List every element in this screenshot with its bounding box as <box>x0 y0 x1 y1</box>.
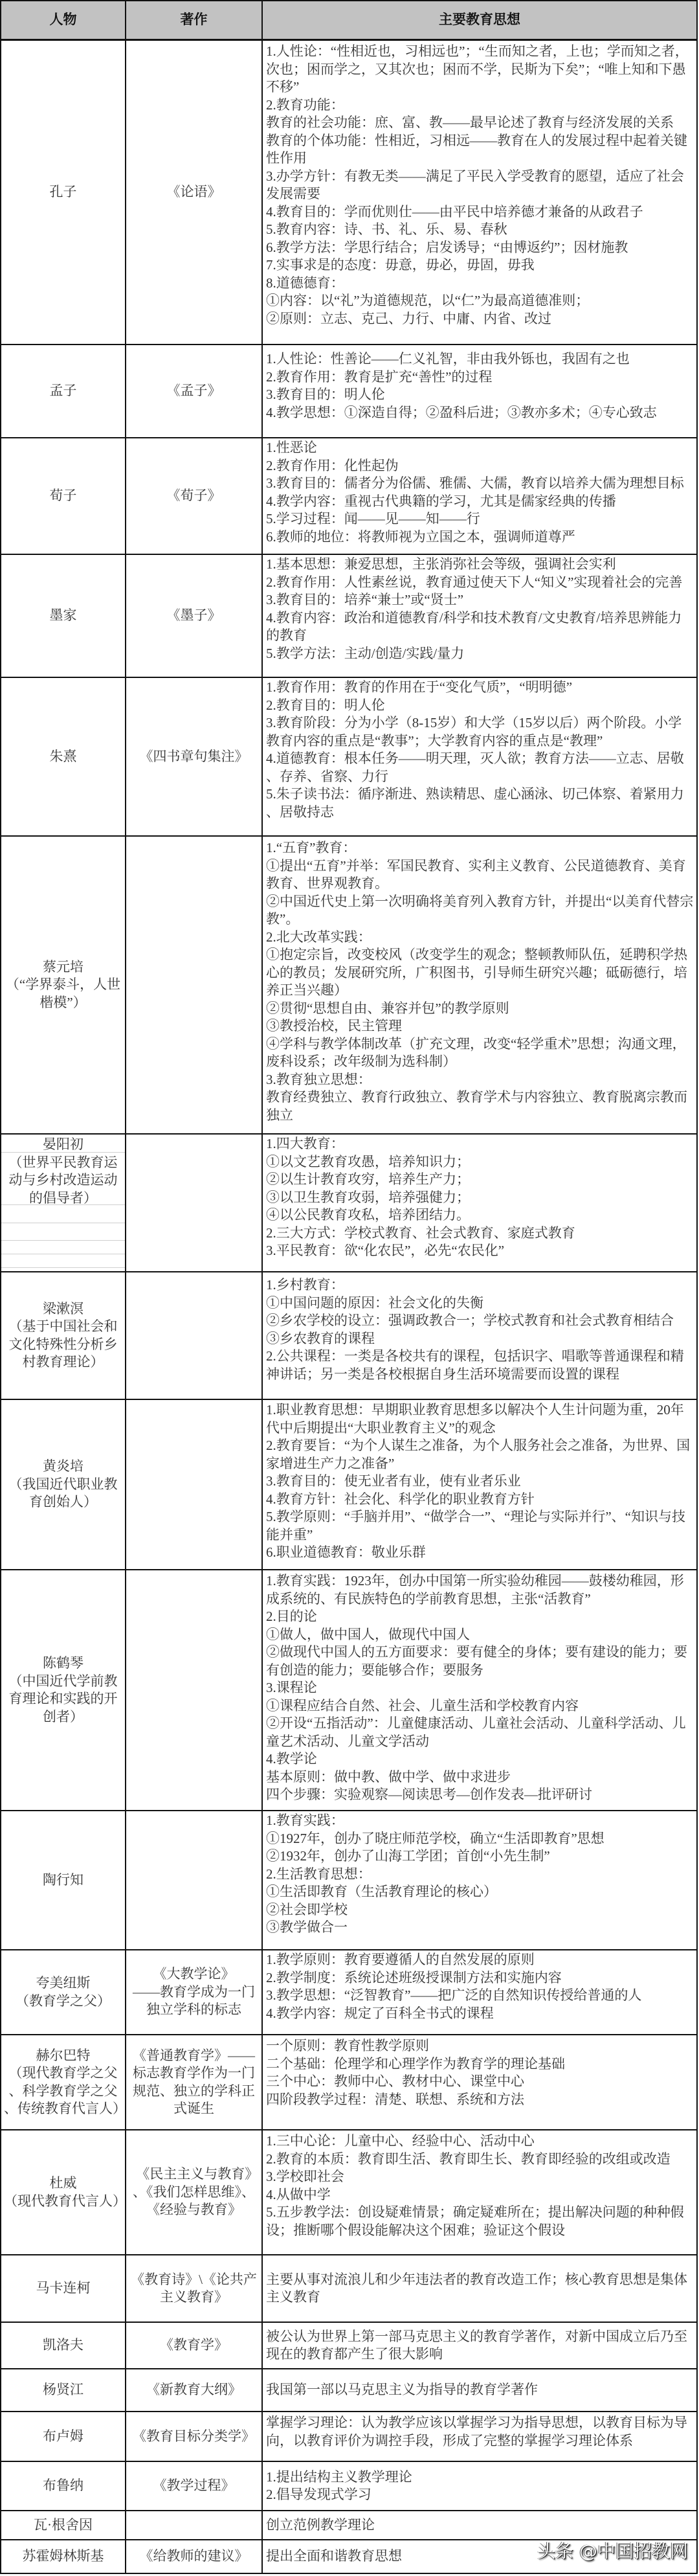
ideas-cell: 1.教育实践： ①1927年，创办了晓庄师范学校，确立“生活即教育”思想 ②19… <box>263 1811 696 1949</box>
person-cell: 黄炎培 （我国近代职业教育创始人） <box>1 1400 126 1569</box>
works-cell: 《荀子》 <box>126 438 263 554</box>
person-name: 孔子 <box>4 183 122 201</box>
table-row: 荀子 《荀子》 1.性恶论 2.教育作用：化性起伪 3.教育目的：儒者分为俗儒、… <box>1 438 696 555</box>
works-cell: 《教育诗》\《论共产主义教育》 <box>126 2255 263 2322</box>
person-name: 黄炎培 <box>4 1458 122 1476</box>
gridline <box>1 1152 125 1153</box>
table-row: 朱熹 《四书章句集注》 1.教育作用：教育的作用在于“变化气质”，“明明德” 2… <box>1 678 696 837</box>
person-name: 苏霍姆林斯基 <box>4 2548 122 2566</box>
header-person: 人物 <box>1 1 126 39</box>
person-name: 陶行知 <box>4 1871 122 1890</box>
table-row: 布卢姆 《教育目标分类学》 掌握学习理论：认为教学应该以掌握学习为指导思想，以教… <box>1 2412 696 2462</box>
person-cell: 孟子 <box>1 345 126 437</box>
ideas-cell: 1.教育作用：教育的作用在于“变化气质”，“明明德” 2.教育目的：明人伦 3.… <box>263 678 696 835</box>
table-row: 晏阳初 （世界平民教育运动与乡村改造运动的倡导者） 1.四大教育： ①以文艺教育… <box>1 1135 696 1272</box>
works-cell: 《教育学》 <box>126 2323 263 2368</box>
ideas-cell: 1.教育实践：1923年，创办中国第一所实验幼稚园——鼓楼幼稚园，形成系统的、有… <box>263 1570 696 1810</box>
ideas-cell: 掌握学习理论：认为教学应该以掌握学习为指导思想，以教育目标为导向，以教育评价为调… <box>263 2412 696 2461</box>
person-note: （教育学之父） <box>4 1993 122 2011</box>
person-note: （现代教育代言人） <box>4 2193 122 2211</box>
gridline <box>1 1204 125 1205</box>
header-works: 著作 <box>126 1 263 39</box>
person-name: 布卢姆 <box>4 2428 122 2446</box>
person-name: 蔡元培 <box>4 958 122 977</box>
person-name: 孟子 <box>4 382 122 400</box>
ideas-cell: 1.性恶论 2.教育作用：化性起伪 3.教育目的：儒者分为俗儒、雅儒、大儒，教育… <box>263 438 696 554</box>
works-cell: 《大教学论》 ——教育学成为一门独立学科的标志 <box>126 1950 263 2034</box>
person-name: 陈鹤琴 <box>4 1655 122 1673</box>
table-row: 杜威 （现代教育代言人） 《民主主义与教育》、《我们怎样思维》、《经验与教育》 … <box>1 2130 696 2255</box>
ideas-cell: 1.三中心论：儿童中心、经验中心、活动中心 2.教育的本质：教育即生活、教育即生… <box>263 2130 696 2254</box>
person-cell: 陶行知 <box>1 1811 126 1949</box>
works-cell <box>126 1272 263 1399</box>
ideas-cell: 1.提出结构主义教学理论 2.倡导发现式学习 <box>263 2462 696 2510</box>
table-row: 布鲁纳 《教学过程》 1.提出结构主义教学理论 2.倡导发现式学习 <box>1 2462 696 2511</box>
person-note: （中国近代学前教育理论和实践的开创者） <box>4 1673 122 1726</box>
ideas-cell: 1.职业教育思想：早期职业教育思想多以解决个人生计问题为重，20年代中后期提出“… <box>263 1400 696 1569</box>
person-cell: 孔子 <box>1 41 126 344</box>
person-cell: 墨家 <box>1 555 126 677</box>
works-cell: 《孟子》 <box>126 345 263 437</box>
ideas-cell: 1.人性论：“性相近也，习相远也”；“生而知之者，上也；学而知之者，次也；困而学… <box>263 41 696 344</box>
person-note: （我国近代职业教育创始人） <box>4 1476 122 1511</box>
ideas-cell: 1.“五育”教育： ①提出“五育”并举：军国民教育、实利主义教育、公民道德教育、… <box>263 837 696 1133</box>
works-cell <box>126 837 263 1133</box>
table-row: 陶行知 1.教育实践： ①1927年，创办了晓庄师范学校，确立“生活即教育”思想… <box>1 1811 696 1950</box>
person-name: 瓦·根舍因 <box>4 2516 122 2535</box>
person-cell: 瓦·根舍因 <box>1 2511 126 2539</box>
table-row: 孔子 《论语》 1.人性论：“性相近也，习相远也”；“生而知之者，上也；学而知之… <box>1 41 696 345</box>
gridline <box>1 1254 125 1254</box>
works-cell: 《教学过程》 <box>126 2462 263 2510</box>
table-row: 蔡元培 （“学界泰斗，人世楷模”） 1.“五育”教育： ①提出“五育”并举：军国… <box>1 837 696 1135</box>
works-cell <box>126 1135 263 1271</box>
works-cell: 《墨子》 <box>126 555 263 677</box>
table-row: 夸美纽斯 （教育学之父） 《大教学论》 ——教育学成为一门独立学科的标志 1.教… <box>1 1950 696 2035</box>
works-cell: 《新教育大纲》 <box>126 2369 263 2411</box>
table-row: 墨家 《墨子》 1.基本思想：兼爱思想，主张消弥社会等级，强调社会实利 2.教育… <box>1 555 696 678</box>
person-cell: 马卡连柯 <box>1 2255 126 2322</box>
person-note: （现代教育学之父、科学教育学之父、传统教育代言人） <box>4 2064 122 2118</box>
table-row: 杨贤江 《新教育大纲》 我国第一部以马克思主义为指导的教育学著作 <box>1 2369 696 2412</box>
works-cell <box>126 1570 263 1810</box>
person-name: 晏阳初 <box>4 1136 122 1154</box>
person-note: （“学界泰斗，人世楷模”） <box>4 976 122 1011</box>
works-cell: 《四书章句集注》 <box>126 678 263 835</box>
works-cell: 《普通教育学》——标志教育学作为一门规范、独立的学科正式诞生 <box>126 2035 263 2129</box>
person-cell: 夸美纽斯 （教育学之父） <box>1 1950 126 2034</box>
person-name: 布鲁纳 <box>4 2477 122 2495</box>
education-thinkers-table: 人物 著作 主要教育思想 孔子 《论语》 1.人性论：“性相近也，习相远也”；“… <box>0 0 698 2574</box>
works-cell <box>126 1811 263 1949</box>
ideas-cell: 1.教学原则：教育要遵循人的自然发展的原则 2.教学制度：系统论述班级授课制方法… <box>263 1950 696 2034</box>
ideas-cell: 创立范例教学理论 <box>263 2511 696 2539</box>
person-cell: 杜威 （现代教育代言人） <box>1 2130 126 2254</box>
works-cell: 《民主主义与教育》、《我们怎样思维》、《经验与教育》 <box>126 2130 263 2254</box>
person-name: 杜威 <box>4 2175 122 2193</box>
table-row: 孟子 《孟子》 1.人性论：性善论——仁义礼智，非由我外铄也，我固有之也 2.教… <box>1 345 696 438</box>
person-name: 墨家 <box>4 607 122 625</box>
gridline <box>1 1223 125 1223</box>
watermark: 头条 @中国招教网 <box>537 2540 688 2563</box>
table-row: 马卡连柯 《教育诗》\《论共产主义教育》 主要从事对流浪儿和少年违法者的教育改造… <box>1 2255 696 2323</box>
ideas-cell: 1.四大教育： ①以文艺教育攻愚，培养知识力； ②以生计教育攻穷，培养生产力； … <box>263 1135 696 1271</box>
person-cell: 苏霍姆林斯基 <box>1 2540 126 2573</box>
table-header-row: 人物 著作 主要教育思想 <box>1 1 696 41</box>
ideas-cell: 1.基本思想：兼爱思想，主张消弥社会等级，强调社会实利 2.教育作用：人性素丝说… <box>263 555 696 677</box>
person-name: 赫尔巴特 <box>4 2047 122 2065</box>
person-cell: 蔡元培 （“学界泰斗，人世楷模”） <box>1 837 126 1133</box>
person-cell: 赫尔巴特 （现代教育学之父、科学教育学之父、传统教育代言人） <box>1 2035 126 2129</box>
person-cell: 杨贤江 <box>1 2369 126 2411</box>
person-cell: 朱熹 <box>1 678 126 835</box>
gridline <box>1 1240 125 1241</box>
person-note: （世界平民教育运动与乡村改造运动的倡导者） <box>4 1154 122 1208</box>
table-row: 陈鹤琴 （中国近代学前教育理论和实践的开创者） 1.教育实践：1923年，创办中… <box>1 1570 696 1811</box>
person-name: 梁漱溟 <box>4 1300 122 1318</box>
person-note: （基于中国社会和文化特殊性分析乡村教育理论） <box>4 1318 122 1372</box>
works-cell: 《给教师的建议》 <box>126 2540 263 2573</box>
works-cell: 《教育目标分类学》 <box>126 2412 263 2461</box>
person-cell: 布鲁纳 <box>1 2462 126 2510</box>
header-ideas: 主要教育思想 <box>263 1 696 39</box>
person-cell: 布卢姆 <box>1 2412 126 2461</box>
person-cell: 凯洛夫 <box>1 2323 126 2368</box>
person-name: 荀子 <box>4 487 122 505</box>
person-name: 朱熹 <box>4 748 122 766</box>
ideas-cell: 被公认为世界上第一部马克思主义的教育学著作，对新中国成立后乃至现在的教育都产生了… <box>263 2323 696 2368</box>
table-row: 瓦·根舍因 创立范例教学理论 <box>1 2511 696 2540</box>
ideas-cell: 1.乡村教育： ①中国问题的原因：社会文化的失衡 ②乡农学校的设立：强调政教合一… <box>263 1272 696 1399</box>
gridline <box>1 1267 125 1268</box>
ideas-cell: 1.人性论：性善论——仁义礼智，非由我外铄也，我固有之也 2.教育作用：教育是扩… <box>263 345 696 437</box>
person-name: 杨贤江 <box>4 2381 122 2399</box>
person-cell: 陈鹤琴 （中国近代学前教育理论和实践的开创者） <box>1 1570 126 1810</box>
table-row: 赫尔巴特 （现代教育学之父、科学教育学之父、传统教育代言人） 《普通教育学》——… <box>1 2035 696 2130</box>
table-row: 梁漱溟 （基于中国社会和文化特殊性分析乡村教育理论） 1.乡村教育： ①中国问题… <box>1 1272 696 1400</box>
person-cell: 晏阳初 （世界平民教育运动与乡村改造运动的倡导者） <box>1 1135 126 1271</box>
ideas-cell: 一个原则：教育性教学原则 二个基础：伦理学和心理学作为教育学的理论基础 三个中心… <box>263 2035 696 2129</box>
ideas-cell: 主要从事对流浪儿和少年违法者的教育改造工作；核心教育思想是集体主义教育 <box>263 2255 696 2322</box>
works-cell <box>126 1400 263 1569</box>
table-row: 凯洛夫 《教育学》 被公认为世界上第一部马克思主义的教育学著作，对新中国成立后乃… <box>1 2323 696 2369</box>
works-cell <box>126 2511 263 2539</box>
ideas-cell: 我国第一部以马克思主义为指导的教育学著作 <box>263 2369 696 2411</box>
table-row: 黄炎培 （我国近代职业教育创始人） 1.职业教育思想：早期职业教育思想多以解决个… <box>1 1400 696 1570</box>
person-cell: 梁漱溟 （基于中国社会和文化特殊性分析乡村教育理论） <box>1 1272 126 1399</box>
person-name: 马卡连柯 <box>4 2279 122 2298</box>
person-cell: 荀子 <box>1 438 126 554</box>
person-name: 凯洛夫 <box>4 2336 122 2355</box>
works-cell: 《论语》 <box>126 41 263 344</box>
person-name: 夸美纽斯 <box>4 1974 122 1993</box>
